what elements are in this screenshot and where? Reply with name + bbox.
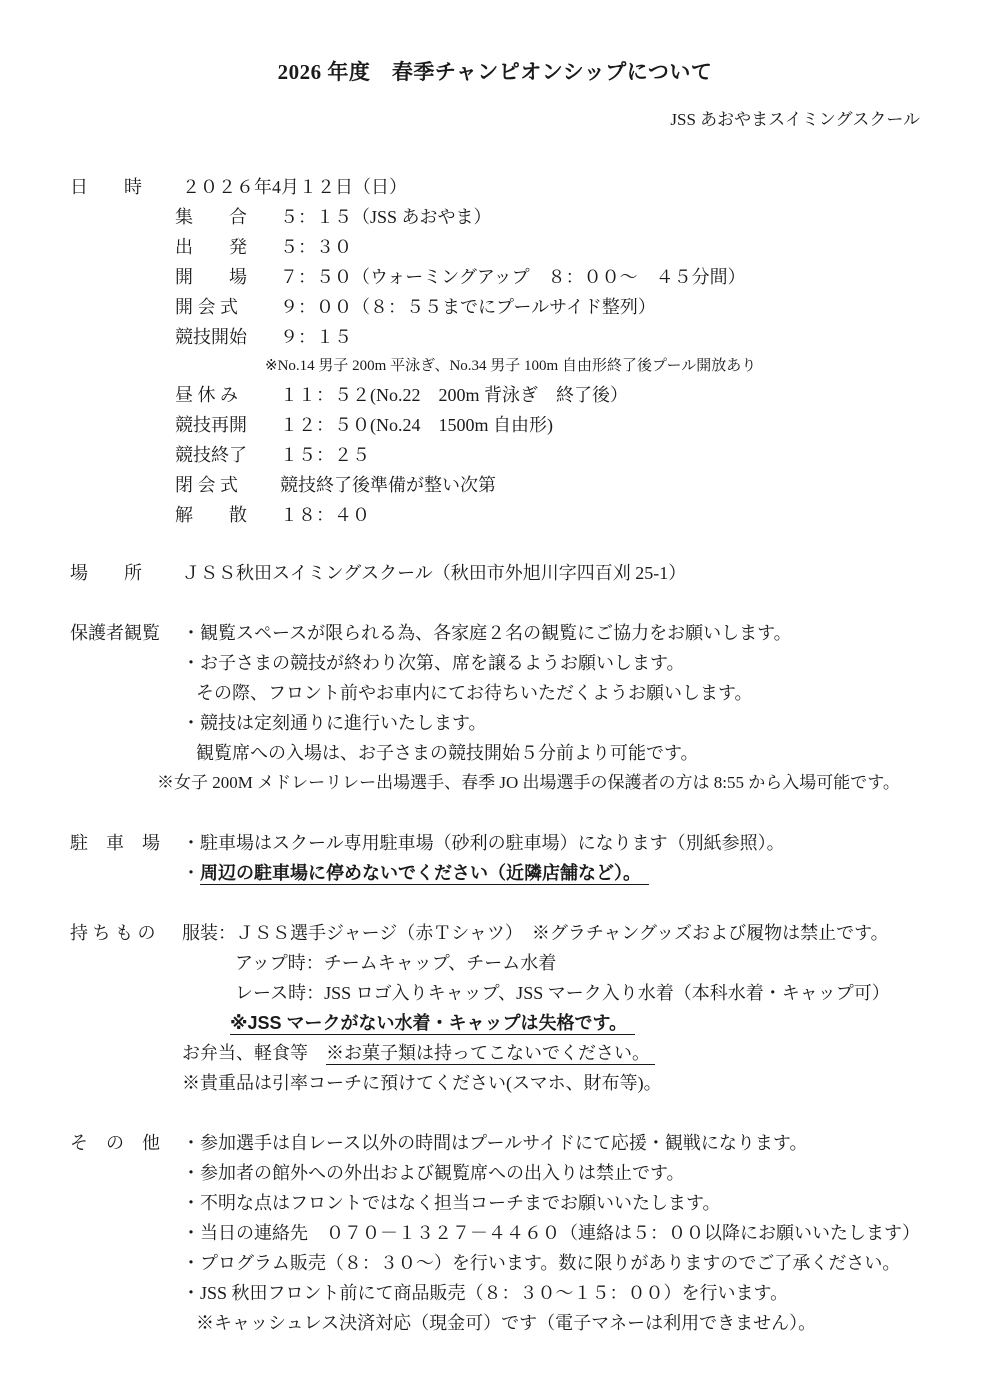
schedule-label: 昼 休 み: [175, 380, 255, 410]
schedule-row: 開 会 式９：００（８：５５までにプールサイド整列）: [0, 292, 990, 322]
schedule-value: １２：５０(No.24 1500m 自由形): [280, 415, 553, 435]
belongings-valuables: ※貴重品は引率コーチに預けてください(スマホ、財布等)。: [0, 1068, 990, 1098]
document-page: 2026 年度 春季チャンピオンシップについて JSS あおやまスイミングスクー…: [0, 0, 990, 1400]
section-label-belongings: 持 ち も の: [70, 918, 174, 948]
section-label-parking: 駐 車 場: [70, 828, 174, 858]
schedule-row: 出 発５：３０: [0, 232, 990, 262]
belongings-lunch-row: お弁当、軽食等 ※お菓子類は持ってこないでください。: [0, 1038, 990, 1068]
schedule-value: ９：００（８：５５までにプールサイド整列）: [280, 297, 656, 317]
belongings-mark-warning-row: ※JSS マークがない水着・キャップは失格です。: [0, 1008, 990, 1038]
organization-name: JSS あおやまスイミングスクール: [0, 108, 990, 132]
other-item: ・当日の連絡先 ０７０－１３２７－４４６０（連絡は５：００以降にお願いいたします…: [0, 1218, 990, 1248]
section-spectating: 保護者観覧・観覧スペースが限られる為、各家庭２名の観覧にご協力をお願いします。 …: [0, 618, 990, 798]
belongings-warmup: アップ時：チームキャップ、チーム水着: [0, 948, 990, 978]
spectating-item: ・競技は定刻通りに進行いたします。: [0, 708, 990, 738]
schedule-row: 開 場７：５０（ウォーミングアップ ８：００～ ４５分間）: [0, 262, 990, 292]
section-label-spectating: 保護者観覧: [70, 618, 174, 648]
schedule-value: １５：２５: [280, 445, 370, 465]
other-row: そ の 他・参加選手は自レース以外の時間はプールサイドにて応援・観戦になります。: [0, 1128, 990, 1158]
schedule-value: ９：１５: [280, 327, 352, 347]
venue-text: ＪＳＳ秋田スイミングスクール（秋田市外旭川字四百刈 25-1）: [182, 563, 686, 583]
belongings-outfit: 服装：ＪＳＳ選手ジャージ（赤Ｔシャツ） ※グラチャングッズおよび履物は禁止です。: [182, 923, 889, 943]
parking-row: 駐 車 場・駐車場はスクール専用駐車場（砂利の駐車場）になります（別紙参照）。: [0, 828, 990, 858]
schedule-row: 昼 休 み１１：５２(No.22 200m 背泳ぎ 終了後）: [0, 380, 990, 410]
schedule-label: 出 発: [175, 232, 255, 262]
belongings-race: レース時：JSS ロゴ入りキャップ、JSS マーク入り水着（本科水着・キャップ可…: [0, 978, 990, 1008]
schedule-row: 競技開始９：１５: [0, 322, 990, 352]
other-item: ・JSS 秋田フロント前にて商品販売（８：３０～１５：００）を行います。: [0, 1278, 990, 1308]
schedule-row: 競技再開１２：５０(No.24 1500m 自由形): [0, 410, 990, 440]
spectating-item: 観覧席への入場は、お子さまの競技開始５分前より可能です。: [0, 738, 990, 768]
section-parking: 駐 車 場・駐車場はスクール専用駐車場（砂利の駐車場）になります（別紙参照）。 …: [0, 828, 990, 888]
spectating-item: ・お子さまの競技が終わり次第、席を譲るようお願いします。: [0, 648, 990, 678]
belongings-lunch-warning: ※お菓子類は持ってこないでください。: [326, 1043, 655, 1065]
parking-warning-row: ・周辺の駐車場に停めないでください（近隣店舗など）。: [0, 858, 990, 888]
spectating-row: 保護者観覧・観覧スペースが限られる為、各家庭２名の観覧にご協力をお願いします。: [0, 618, 990, 648]
schedule-label: 競技終了: [175, 440, 255, 470]
schedule-value: １８：４０: [280, 505, 370, 525]
schedule-value: ５：３０: [280, 237, 352, 257]
schedule-row: 競技終了１５：２５: [0, 440, 990, 470]
schedule-row: 閉 会 式競技終了後準備が整い次第: [0, 470, 990, 500]
schedule-value: 競技終了後準備が整い次第: [280, 475, 496, 495]
schedule-label: 解 散: [175, 500, 255, 530]
page-title: 2026 年度 春季チャンピオンシップについて: [0, 58, 990, 86]
venue-row: 場 所ＪＳＳ秋田スイミングスクール（秋田市外旭川字四百刈 25-1）: [0, 558, 990, 588]
schedule-label: 開 会 式: [175, 292, 255, 322]
schedule-label: 開 場: [175, 262, 255, 292]
other-item: ・参加選手は自レース以外の時間はプールサイドにて応援・観戦になります。: [182, 1133, 808, 1153]
spectating-note: ※女子 200M メドレーリレー出場選手、春季 JO 出場選手の保護者の方は 8…: [0, 768, 990, 798]
belongings-row: 持 ち も の服装：ＪＳＳ選手ジャージ（赤Ｔシャツ） ※グラチャングッズおよび履…: [0, 918, 990, 948]
parking-item: ・駐車場はスクール専用駐車場（砂利の駐車場）になります（別紙参照）。: [182, 833, 785, 853]
belongings-lunch-prefix: お弁当、軽食等: [182, 1043, 326, 1063]
schedule-label: 競技再開: [175, 410, 255, 440]
bullet: ・: [182, 863, 200, 883]
schedule-value: １１：５２(No.22 200m 背泳ぎ 終了後）: [280, 385, 628, 405]
schedule-row: 解 散１８：４０: [0, 500, 990, 530]
other-cashless-note: ※キャッシュレス決済対応（現金可）です（電子マネーは利用できません）。: [0, 1308, 990, 1338]
event-date: ２０２６年4月１２日（日）: [182, 177, 407, 197]
section-label-datetime: 日 時: [70, 172, 174, 202]
section-belongings: 持 ち も の服装：ＪＳＳ選手ジャージ（赤Ｔシャツ） ※グラチャングッズおよび履…: [0, 918, 990, 1098]
datetime-row: 日 時２０２６年4月１２日（日）: [0, 172, 990, 202]
section-datetime: 日 時２０２６年4月１２日（日） 集 合５：１５（JSS あおやま） 出 発５：…: [0, 172, 990, 530]
spectating-item: ・観覧スペースが限られる為、各家庭２名の観覧にご協力をお願いします。: [182, 623, 792, 643]
schedule-label: 閉 会 式: [175, 470, 255, 500]
other-item: ・不明な点はフロントではなく担当コーチまでお願いいたします。: [0, 1188, 990, 1218]
schedule-note: ※No.14 男子 200m 平泳ぎ、No.34 男子 100m 自由形終了後プ…: [0, 352, 990, 380]
section-venue: 場 所ＪＳＳ秋田スイミングスクール（秋田市外旭川字四百刈 25-1）: [0, 558, 990, 588]
schedule-value: ５：１５（JSS あおやま）: [280, 207, 492, 227]
schedule-value: ７：５０（ウォーミングアップ ８：００～ ４５分間）: [280, 267, 746, 287]
section-label-venue: 場 所: [70, 558, 174, 588]
schedule-label: 競技開始: [175, 322, 255, 352]
schedule-label: 集 合: [175, 202, 255, 232]
other-item: ・プログラム販売（８：３０～）を行います。数に限りがありますのでご了承ください。: [0, 1248, 990, 1278]
section-label-other: そ の 他: [70, 1128, 174, 1158]
schedule-row: 集 合５：１５（JSS あおやま）: [0, 202, 990, 232]
other-item: ・参加者の館外への外出および観覧席への出入りは禁止です。: [0, 1158, 990, 1188]
spectating-item: その際、フロント前やお車内にてお待ちいただくようお願いします。: [0, 678, 990, 708]
section-other: そ の 他・参加選手は自レース以外の時間はプールサイドにて応援・観戦になります。…: [0, 1128, 990, 1338]
parking-warning: 周辺の駐車場に停めないでください（近隣店舗など）。: [200, 863, 649, 885]
belongings-mark-warning: ※JSS マークがない水着・キャップは失格です。: [230, 1013, 635, 1035]
